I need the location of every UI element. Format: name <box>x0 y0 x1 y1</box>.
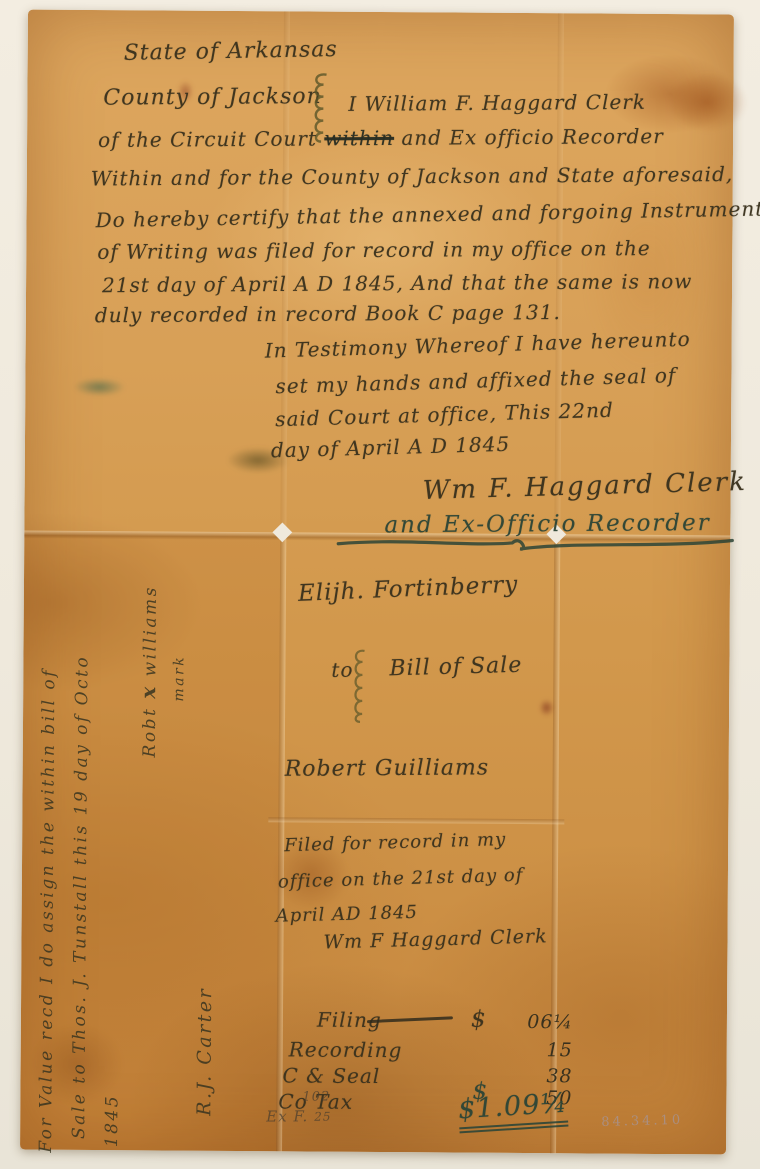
paper-sheet: State of Arkansas County of Jackson I Wi… <box>20 10 734 1155</box>
fee-label: Recording <box>289 1037 403 1062</box>
green-ink-smudge <box>73 378 125 396</box>
signer-last-name: williams <box>140 585 161 676</box>
pencil-notation-script: Ex F. <box>266 1107 308 1125</box>
filing-note-line-1: Filed for record in my <box>284 829 507 856</box>
struck-word: within <box>324 126 394 150</box>
assignment-line-3: 1845 <box>96 543 133 1147</box>
witness-signature: R.J. Carter <box>188 544 225 1116</box>
testimony-line-4: day of April A D 1845 <box>271 432 511 463</box>
cert-line-filed: of Writing was filed for record in my of… <box>97 236 651 264</box>
signature-mark-x: x <box>136 684 160 699</box>
cert-line-jurisdiction: Within and for the County of Jackson and… <box>91 162 734 190</box>
cert-line-court: of the Circuit Court within and Ex offic… <box>98 124 664 152</box>
underline-flourish-icon <box>334 528 736 557</box>
clerk-signature: Wm F. Haggard Clerk <box>422 467 747 506</box>
filing-signature: Wm F Haggard Clerk <box>323 925 548 953</box>
signer-first-name: Robt <box>140 707 160 758</box>
assignment-line-2: Sale to Thos. J. Tunstall this 19 day of… <box>63 543 100 1139</box>
cert-court-post: and Ex officio Recorder <box>401 124 664 150</box>
docket-grantor: Elijh. Fortinberry <box>298 572 519 607</box>
assignment-block: For Value recd I do assign the within bi… <box>30 543 264 1155</box>
testimony-line-2: set my hands and affixed the seal of <box>275 363 676 398</box>
stain <box>539 699 554 716</box>
fee-row: Recording <box>289 1037 403 1064</box>
cert-line-state: State of Arkansas <box>123 37 337 66</box>
assignment-signature: Robt x williams <box>132 543 168 757</box>
pencil-notation-digits-bottom: 25 <box>314 1110 331 1124</box>
fee-amount: 38 <box>512 1065 572 1087</box>
archival-number: 84.34.10 <box>601 1113 683 1130</box>
stain <box>667 72 747 133</box>
filing-note-line-3: April AD 1845 <box>275 902 418 927</box>
pencil-notation-digits-top: 102 <box>302 1089 330 1104</box>
mark-label: mark <box>167 544 192 702</box>
fee-row: C & Seal <box>282 1063 380 1090</box>
brace-coil-icon <box>349 646 372 726</box>
fee-label: C & Seal <box>282 1063 380 1088</box>
dollar-sign: $ <box>471 1007 487 1033</box>
cert-court-pre: of the Circuit Court <box>98 126 317 152</box>
fee-amount: 06¼ <box>513 1011 573 1033</box>
cert-line-clerk-name: I William F. Haggard Clerk <box>348 90 646 116</box>
fee-total: $1.09¼ <box>457 1088 569 1134</box>
cert-line-recorded: duly recorded in record Book C page 131. <box>95 300 561 327</box>
fee-amount: 15 <box>513 1039 573 1061</box>
document-photo: State of Arkansas County of Jackson I Wi… <box>0 0 760 1169</box>
cert-line-date: 21st day of April A D 1845, And that the… <box>102 269 692 297</box>
docket-grantee: Robert Guilliams <box>285 755 490 781</box>
testimony-line-3: said Court at office, This 22nd <box>275 398 614 431</box>
docket-instrument-title: Bill of Sale <box>389 653 523 682</box>
cert-line-county: County of Jackson <box>103 84 322 111</box>
fold-crease-middle-panel <box>268 817 564 824</box>
assignment-line-1: For Value recd I do assign the within bi… <box>30 543 67 1153</box>
